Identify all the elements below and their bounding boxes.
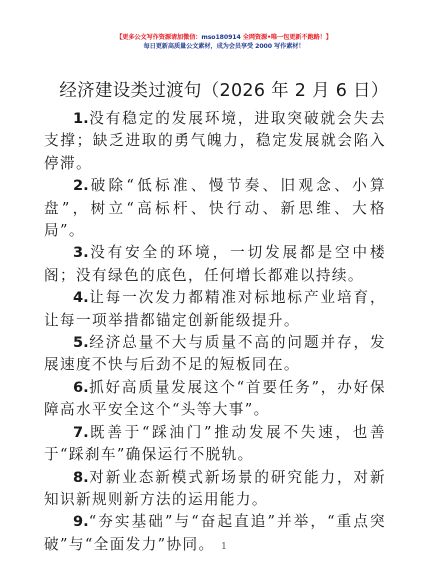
document-body: 1.没有稳定的发展环境，进取突破就会失去支撑；缺乏进取的勇气魄力，稳定发展就会陷…	[44, 108, 386, 556]
paragraph-text: 既善于“踩油门”推动发展不失速，也善于“踩刹车”确保运行不脱轨。	[44, 424, 386, 463]
paragraph-number: 9.	[73, 513, 89, 530]
paragraph-number: 3.	[73, 244, 89, 261]
paragraph-number: 8.	[73, 469, 89, 486]
promo-banner: 【更多公文写作资源请加微信：mso180914 全网资源•唯一包更新不跑路！】 …	[0, 33, 448, 51]
document-page: 【更多公文写作资源请加微信：mso180914 全网资源•唯一包更新不跑路！】 …	[0, 0, 448, 580]
paragraph-6: 6.抓好高质量发展这个“首要任务”，办好保障高水平安全这个“头等大事”。	[44, 377, 386, 422]
paragraph-text: 没有安全的环境，一切发展都是空中楼阁；没有绿色的底色，任何增长都难以持续。	[44, 244, 386, 283]
paragraph-1: 1.没有稳定的发展环境，进取突破就会失去支撑；缺乏进取的勇气魄力，稳定发展就会陷…	[44, 108, 386, 175]
paragraph-number: 6.	[73, 379, 89, 396]
paragraph-text: 破除“低标准、慢节奏、旧观念、小算盘”，树立“高标杆、快行动、新思维、大格局”。	[44, 177, 386, 239]
paragraph-text: 对新业态新模式新场景的研究能力，对新知识新规则新方法的运用能力。	[44, 469, 386, 508]
document-title: 经济建设类过渡句（2026 年 2 月 6 日）	[0, 80, 448, 102]
promo-text-2: 全网资源•唯一包更新不跑路！】	[241, 34, 332, 41]
paragraph-text: 抓好高质量发展这个“首要任务”，办好保障高水平安全这个“头等大事”。	[44, 379, 386, 418]
paragraph-number: 5.	[73, 334, 89, 351]
promo-line-1: 【更多公文写作资源请加微信：mso180914 全网资源•唯一包更新不跑路！】	[0, 33, 448, 42]
promo-wechat-id: mso180914	[201, 34, 240, 41]
paragraph-text: 让每一次发力都精准对标地标产业培育，让每一项举措都锚定创新能级提升。	[44, 289, 386, 328]
paragraph-number: 1.	[73, 110, 89, 127]
paragraph-number: 4.	[73, 289, 89, 306]
paragraph-2: 2.破除“低标准、慢节奏、旧观念、小算盘”，树立“高标杆、快行动、新思维、大格局…	[44, 175, 386, 242]
paragraph-7: 7.既善于“踩油门”推动发展不失速，也善于“踩刹车”确保运行不脱轨。	[44, 422, 386, 467]
paragraph-number: 2.	[73, 177, 89, 194]
promo-text-1: 【更多公文写作资源请加微信：	[116, 34, 201, 41]
paragraph-3: 3.没有安全的环境，一切发展都是空中楼阁；没有绿色的底色，任何增长都难以持续。	[44, 242, 386, 287]
paragraph-number: 7.	[73, 424, 89, 441]
page-number: 1	[0, 542, 448, 552]
paragraph-text: 没有稳定的发展环境，进取突破就会失去支撑；缺乏进取的勇气魄力，稳定发展就会陷入停…	[44, 110, 386, 172]
promo-line-2: 每日更新高质量公文素材，成为会员享受 2000 写作素材！	[0, 42, 448, 51]
paragraph-text: 经济总量不大与质量不高的问题并存，发展速度不快与后劲不足的短板同在。	[44, 334, 386, 373]
paragraph-8: 8.对新业态新模式新场景的研究能力，对新知识新规则新方法的运用能力。	[44, 467, 386, 512]
paragraph-4: 4.让每一次发力都精准对标地标产业培育，让每一项举措都锚定创新能级提升。	[44, 287, 386, 332]
paragraph-5: 5.经济总量不大与质量不高的问题并存，发展速度不快与后劲不足的短板同在。	[44, 332, 386, 377]
